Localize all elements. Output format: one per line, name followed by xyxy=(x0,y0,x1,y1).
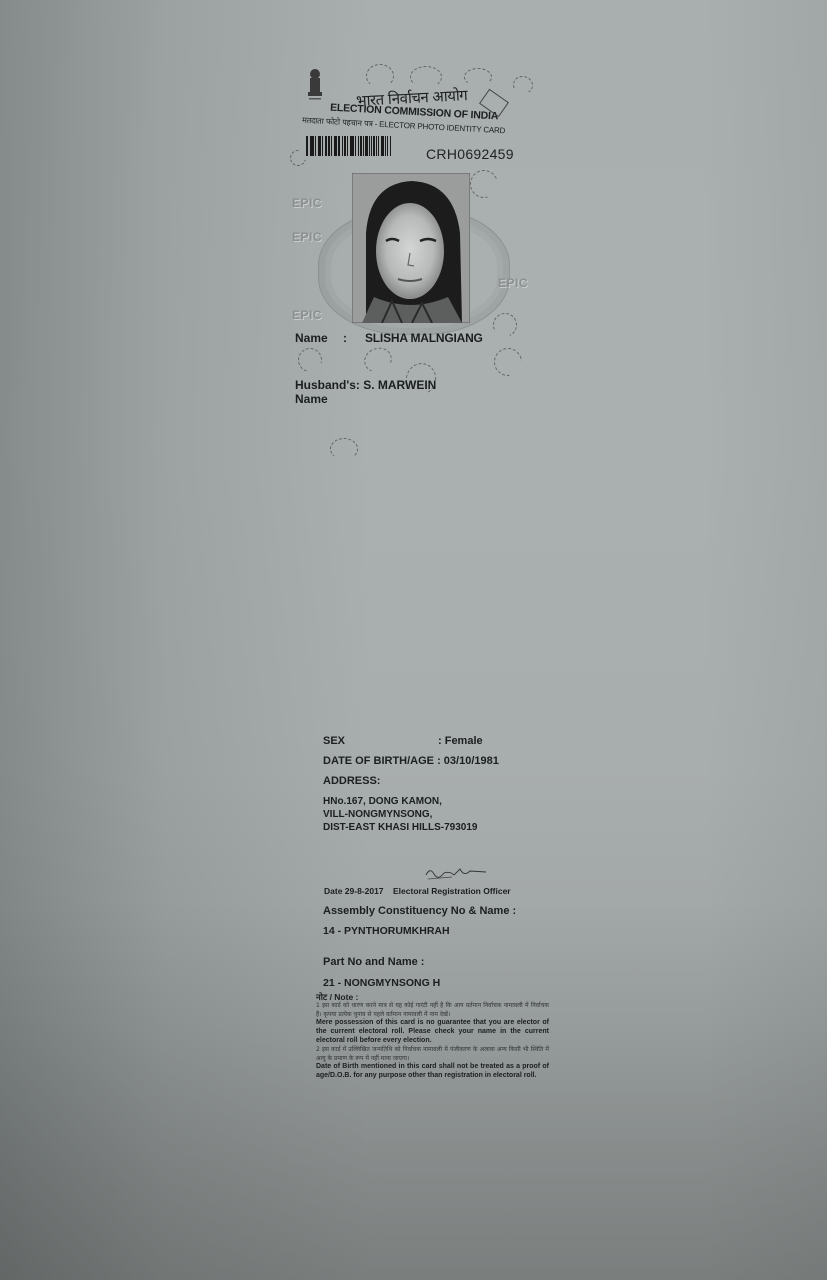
security-arc-icon xyxy=(330,438,358,460)
barcode-bar xyxy=(376,136,377,156)
barcode-bar xyxy=(334,136,335,156)
note-2-hindi: 2 इस कार्ड में उल्लिखित जन्मतिथि को निर्… xyxy=(316,1046,549,1064)
security-arc-icon xyxy=(294,344,327,377)
photo xyxy=(352,173,470,323)
name-label: Name xyxy=(295,331,343,345)
security-arc-icon xyxy=(366,64,394,88)
epic-watermark: EPIC xyxy=(292,308,322,322)
dob-label: DATE OF BIRTH/AGE xyxy=(323,755,434,767)
security-arc-icon xyxy=(410,66,442,88)
barcode-bar xyxy=(318,136,319,156)
security-arc-icon xyxy=(464,68,492,86)
constituency-value: 14 - PYNTHORUMKHRAH xyxy=(323,925,450,937)
part-label: Part No and Name : xyxy=(323,956,424,968)
officer-signature xyxy=(424,865,494,881)
note-heading: नोट / Note : xyxy=(316,993,549,1002)
voter-id-card-front: भारत निर्वाचन आयोग ELECTION COMMISSION O… xyxy=(288,58,538,458)
barcode-bar xyxy=(344,136,346,156)
relation-name: S. MARWEIN xyxy=(363,378,436,392)
note-2: Date of Birth mentioned in this card sha… xyxy=(316,1063,549,1081)
address-line: VILL-NONGMYNSONG, xyxy=(323,808,477,821)
epic-watermark: EPIC xyxy=(292,196,322,210)
security-arc-icon xyxy=(488,342,527,381)
constituency-label: Assembly Constituency No & Name : xyxy=(323,905,516,917)
barcode-bar xyxy=(350,136,351,156)
issue-date: Date 29-8-2017 xyxy=(324,886,384,896)
security-arc-icon xyxy=(465,165,503,203)
relation-label: Husband's: xyxy=(295,378,360,392)
barcode-bar xyxy=(381,136,383,156)
issue-line: Date 29-8-2017 Electoral Registration Of… xyxy=(324,886,511,896)
barcode-bar xyxy=(371,136,372,156)
relation-label-line2: Name xyxy=(295,392,436,406)
barcode-bar xyxy=(390,136,391,156)
barcode-bar xyxy=(351,136,353,156)
barcode-bar xyxy=(365,136,367,156)
barcode-bar xyxy=(373,136,375,156)
epic-watermark: EPIC xyxy=(292,230,322,244)
signatory-title: Electoral Registration Officer xyxy=(393,886,511,896)
address-line: DIST-EAST KHASI HILLS-793019 xyxy=(323,821,477,834)
barcode-bar xyxy=(311,136,313,156)
elector-name: SLISHA MALNGIANG xyxy=(365,331,483,345)
epic-number: CRH0692459 xyxy=(426,146,514,162)
barcode-bar xyxy=(358,136,360,156)
barcode-bar xyxy=(325,136,327,156)
security-arc-icon xyxy=(512,74,535,95)
barcode-bar xyxy=(387,136,389,156)
address-block: HNo.167, DONG KAMON, VILL-NONGMYNSONG, D… xyxy=(323,795,477,834)
security-arc-icon xyxy=(490,310,521,341)
dob-row: DATE OF BIRTH/AGE : 03/10/1981 xyxy=(323,755,499,767)
barcode-bar xyxy=(378,136,380,156)
epic-watermark: EPIC xyxy=(498,276,528,290)
barcode-bar xyxy=(306,136,308,156)
barcode xyxy=(306,136,392,156)
barcode-bar xyxy=(369,136,370,156)
dob-value: : 03/10/1981 xyxy=(437,755,499,767)
note-block: नोट / Note : 1 इस कार्ड को धारण करने मात… xyxy=(316,993,549,1081)
note-1: Mere possession of this card is no guara… xyxy=(316,1019,549,1045)
name-row: Name:SLISHA MALNGIANG xyxy=(295,331,483,345)
part-value: 21 - NONGMYNSONG H xyxy=(323,977,440,989)
sex-value: : Female xyxy=(438,735,483,747)
barcode-bar xyxy=(347,136,348,156)
barcode-bar xyxy=(355,136,356,156)
address-line: HNo.167, DONG KAMON, xyxy=(323,795,477,808)
barcode-bar xyxy=(360,136,362,156)
card-type-hindi: मतदाता फोटो पहचान पत्र xyxy=(302,116,373,129)
barcode-bar xyxy=(328,136,330,156)
national-emblem-icon xyxy=(306,68,324,104)
barcode-bar xyxy=(315,136,316,156)
barcode-bar xyxy=(342,136,343,156)
note-1-hindi: 1 इस कार्ड को धारण करने मात्र से यह कोई … xyxy=(316,1002,549,1020)
barcode-bar xyxy=(385,136,386,156)
sex-label: SEX xyxy=(323,735,345,747)
barcode-bar xyxy=(338,136,340,156)
barcode-bar xyxy=(335,136,337,156)
name-separator: : xyxy=(343,331,365,345)
barcode-bar xyxy=(363,136,364,156)
barcode-bar xyxy=(310,136,311,156)
card-type: - ELECTOR PHOTO IDENTITY CARD xyxy=(374,119,505,135)
security-arc-icon xyxy=(361,344,396,376)
barcode-bar xyxy=(331,136,332,156)
barcode-bar xyxy=(319,136,321,156)
barcode-bar xyxy=(322,136,323,156)
address-label: ADDRESS: xyxy=(323,775,380,787)
relation-row: Husband's: S. MARWEIN Name xyxy=(295,378,436,406)
